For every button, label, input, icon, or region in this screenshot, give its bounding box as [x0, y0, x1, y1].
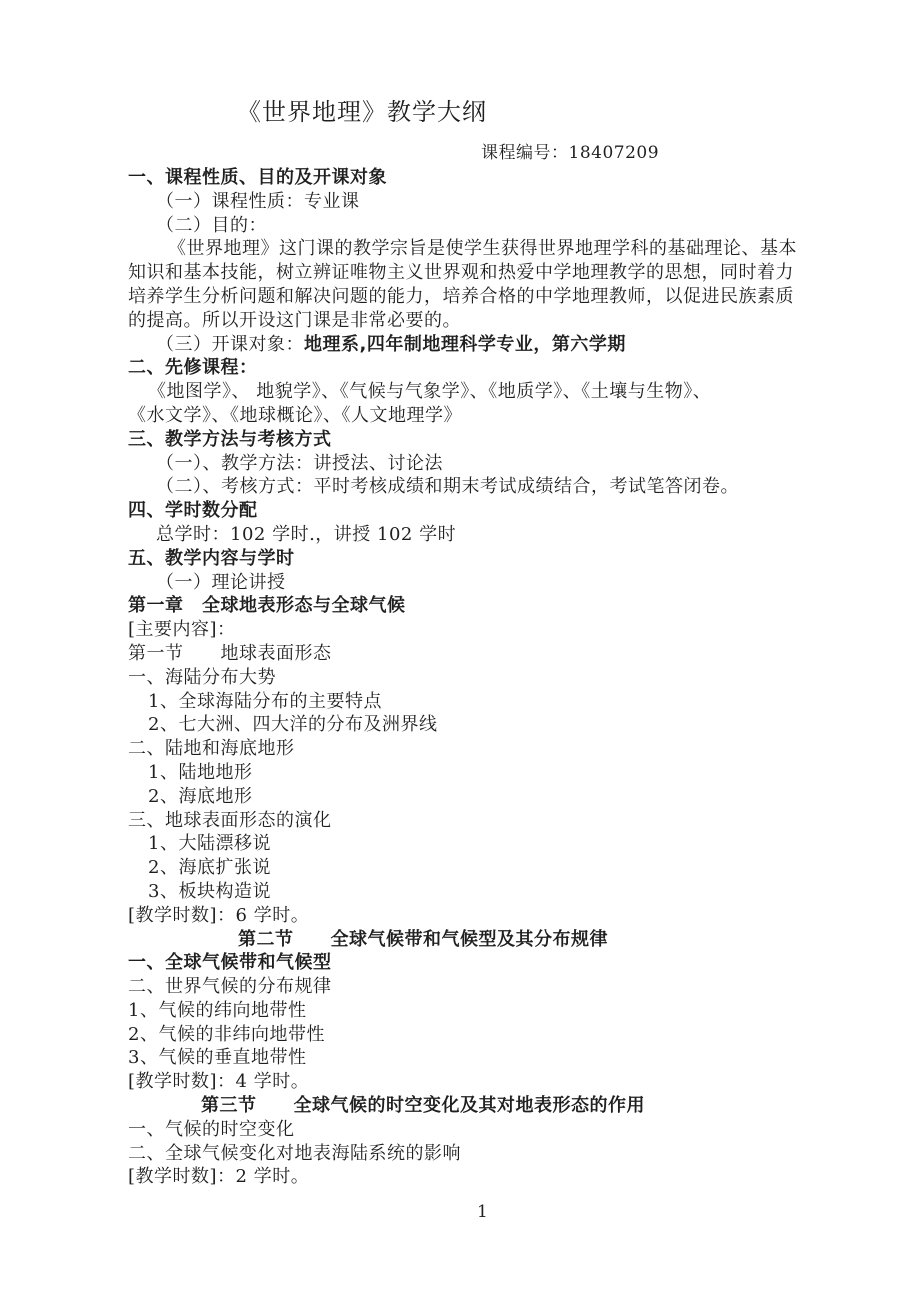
doc-line-13: （一）、教学方法：讲授法、讨论法: [128, 452, 794, 476]
doc-line-30: 2、海底扩张说: [128, 856, 794, 880]
doc-line-7: 的提高。所以开设这门课是非常必要的。: [128, 309, 794, 333]
doc-line-20: [主要内容]：: [128, 618, 794, 642]
course-code: 课程编号：18407209: [481, 138, 659, 163]
doc-line-27: 2、海底地形: [128, 785, 794, 809]
doc-line-19: 第一章 全球地表形态与全球气候: [128, 594, 794, 618]
doc-line-33: 第二节 全球气候带和气候型及其分布规律: [128, 928, 794, 952]
page-number: 1: [477, 1202, 488, 1222]
doc-line-21: 第一节 地球表面形态: [128, 642, 794, 666]
doc-line-3: （二）目的：: [128, 214, 794, 238]
doc-line-24: 2、七大洲、四大洋的分布及洲界线: [128, 713, 794, 737]
doc-line-8: （三）开课对象：地理系,四年制地理科学专业，第六学期: [128, 333, 794, 357]
doc-line-31: 3、板块构造说: [128, 880, 794, 904]
doc-line-38: 3、气候的垂直地带性: [128, 1046, 794, 1070]
doc-line-35: 二、世界气候的分布规律: [128, 975, 794, 999]
document-page: 《世界地理》教学大纲 课程编号：18407209 一、课程性质、目的及开课对象（…: [0, 0, 920, 1302]
doc-line-26: 1、陆地地形: [128, 761, 794, 785]
doc-line-32: [教学时数]：6 学时。: [128, 904, 794, 928]
doc-line-14: （二）、考核方式：平时考核成绩和期末考试成绩结合，考试笔答闭卷。: [128, 475, 794, 499]
doc-line-28: 三、地球表面形态的演化: [128, 809, 794, 833]
doc-line-43: [教学时数]：2 学时。: [128, 1165, 794, 1189]
doc-line-8-run-2: 地理系,四年制地理科学专业，第六学期: [304, 334, 626, 355]
doc-line-6: 培养学生分析问题和解决问题的能力，培养合格的中学地理教师，以促进民族素质: [128, 285, 794, 309]
doc-line-42: 二、全球气候变化对地表海陆系统的影响: [128, 1142, 794, 1166]
doc-line-39: [教学时数]：4 学时。: [128, 1070, 794, 1094]
doc-line-2: （一）课程性质：专业课: [128, 190, 794, 214]
doc-line-10: 《地图学》、 地貌学》、《气候与气象学》、《地质学》、《土壤与生物》、: [128, 380, 794, 404]
doc-line-34: 一、全球气候带和气候型: [128, 951, 794, 975]
doc-line-17: 五、教学内容与学时: [128, 547, 794, 571]
doc-line-5: 知识和基本技能，树立辨证唯物主义世界观和热爱中学地理教学的思想，同时着力: [128, 261, 794, 285]
doc-line-23: 1、全球海陆分布的主要特点: [128, 690, 794, 714]
doc-line-41: 一、气候的时空变化: [128, 1118, 794, 1142]
doc-line-8-run-1: （三）开课对象：: [156, 334, 304, 355]
document-body: 一、课程性质、目的及开课对象（一）课程性质：专业课（二）目的：《世界地理》这门课…: [128, 166, 794, 1189]
doc-line-1: 一、课程性质、目的及开课对象: [128, 166, 794, 190]
document-title: 《世界地理》教学大纲: [237, 92, 487, 127]
doc-line-18: （一）理论讲授: [128, 571, 794, 595]
doc-line-37: 2、气候的非纬向地带性: [128, 1023, 794, 1047]
doc-line-40: 第三节 全球气候的时空变化及其对地表形态的作用: [128, 1094, 794, 1118]
doc-line-11: 《水文学》、《地球概论》、《人文地理学》: [128, 404, 794, 428]
doc-line-22: 一、海陆分布大势: [128, 666, 794, 690]
doc-line-36: 1、气候的纬向地带性: [128, 999, 794, 1023]
doc-line-4: 《世界地理》这门课的教学宗旨是使学生获得世界地理学科的基础理论、基本: [128, 237, 794, 261]
doc-line-25: 二、陆地和海底地形: [128, 737, 794, 761]
doc-line-9: 二、先修课程：: [128, 356, 794, 380]
doc-line-29: 1、大陆漂移说: [128, 832, 794, 856]
doc-line-15: 四、学时数分配: [128, 499, 794, 523]
doc-line-16: 总学时：102 学时.，讲授 102 学时: [128, 523, 794, 547]
doc-line-12: 三、教学方法与考核方式: [128, 428, 794, 452]
